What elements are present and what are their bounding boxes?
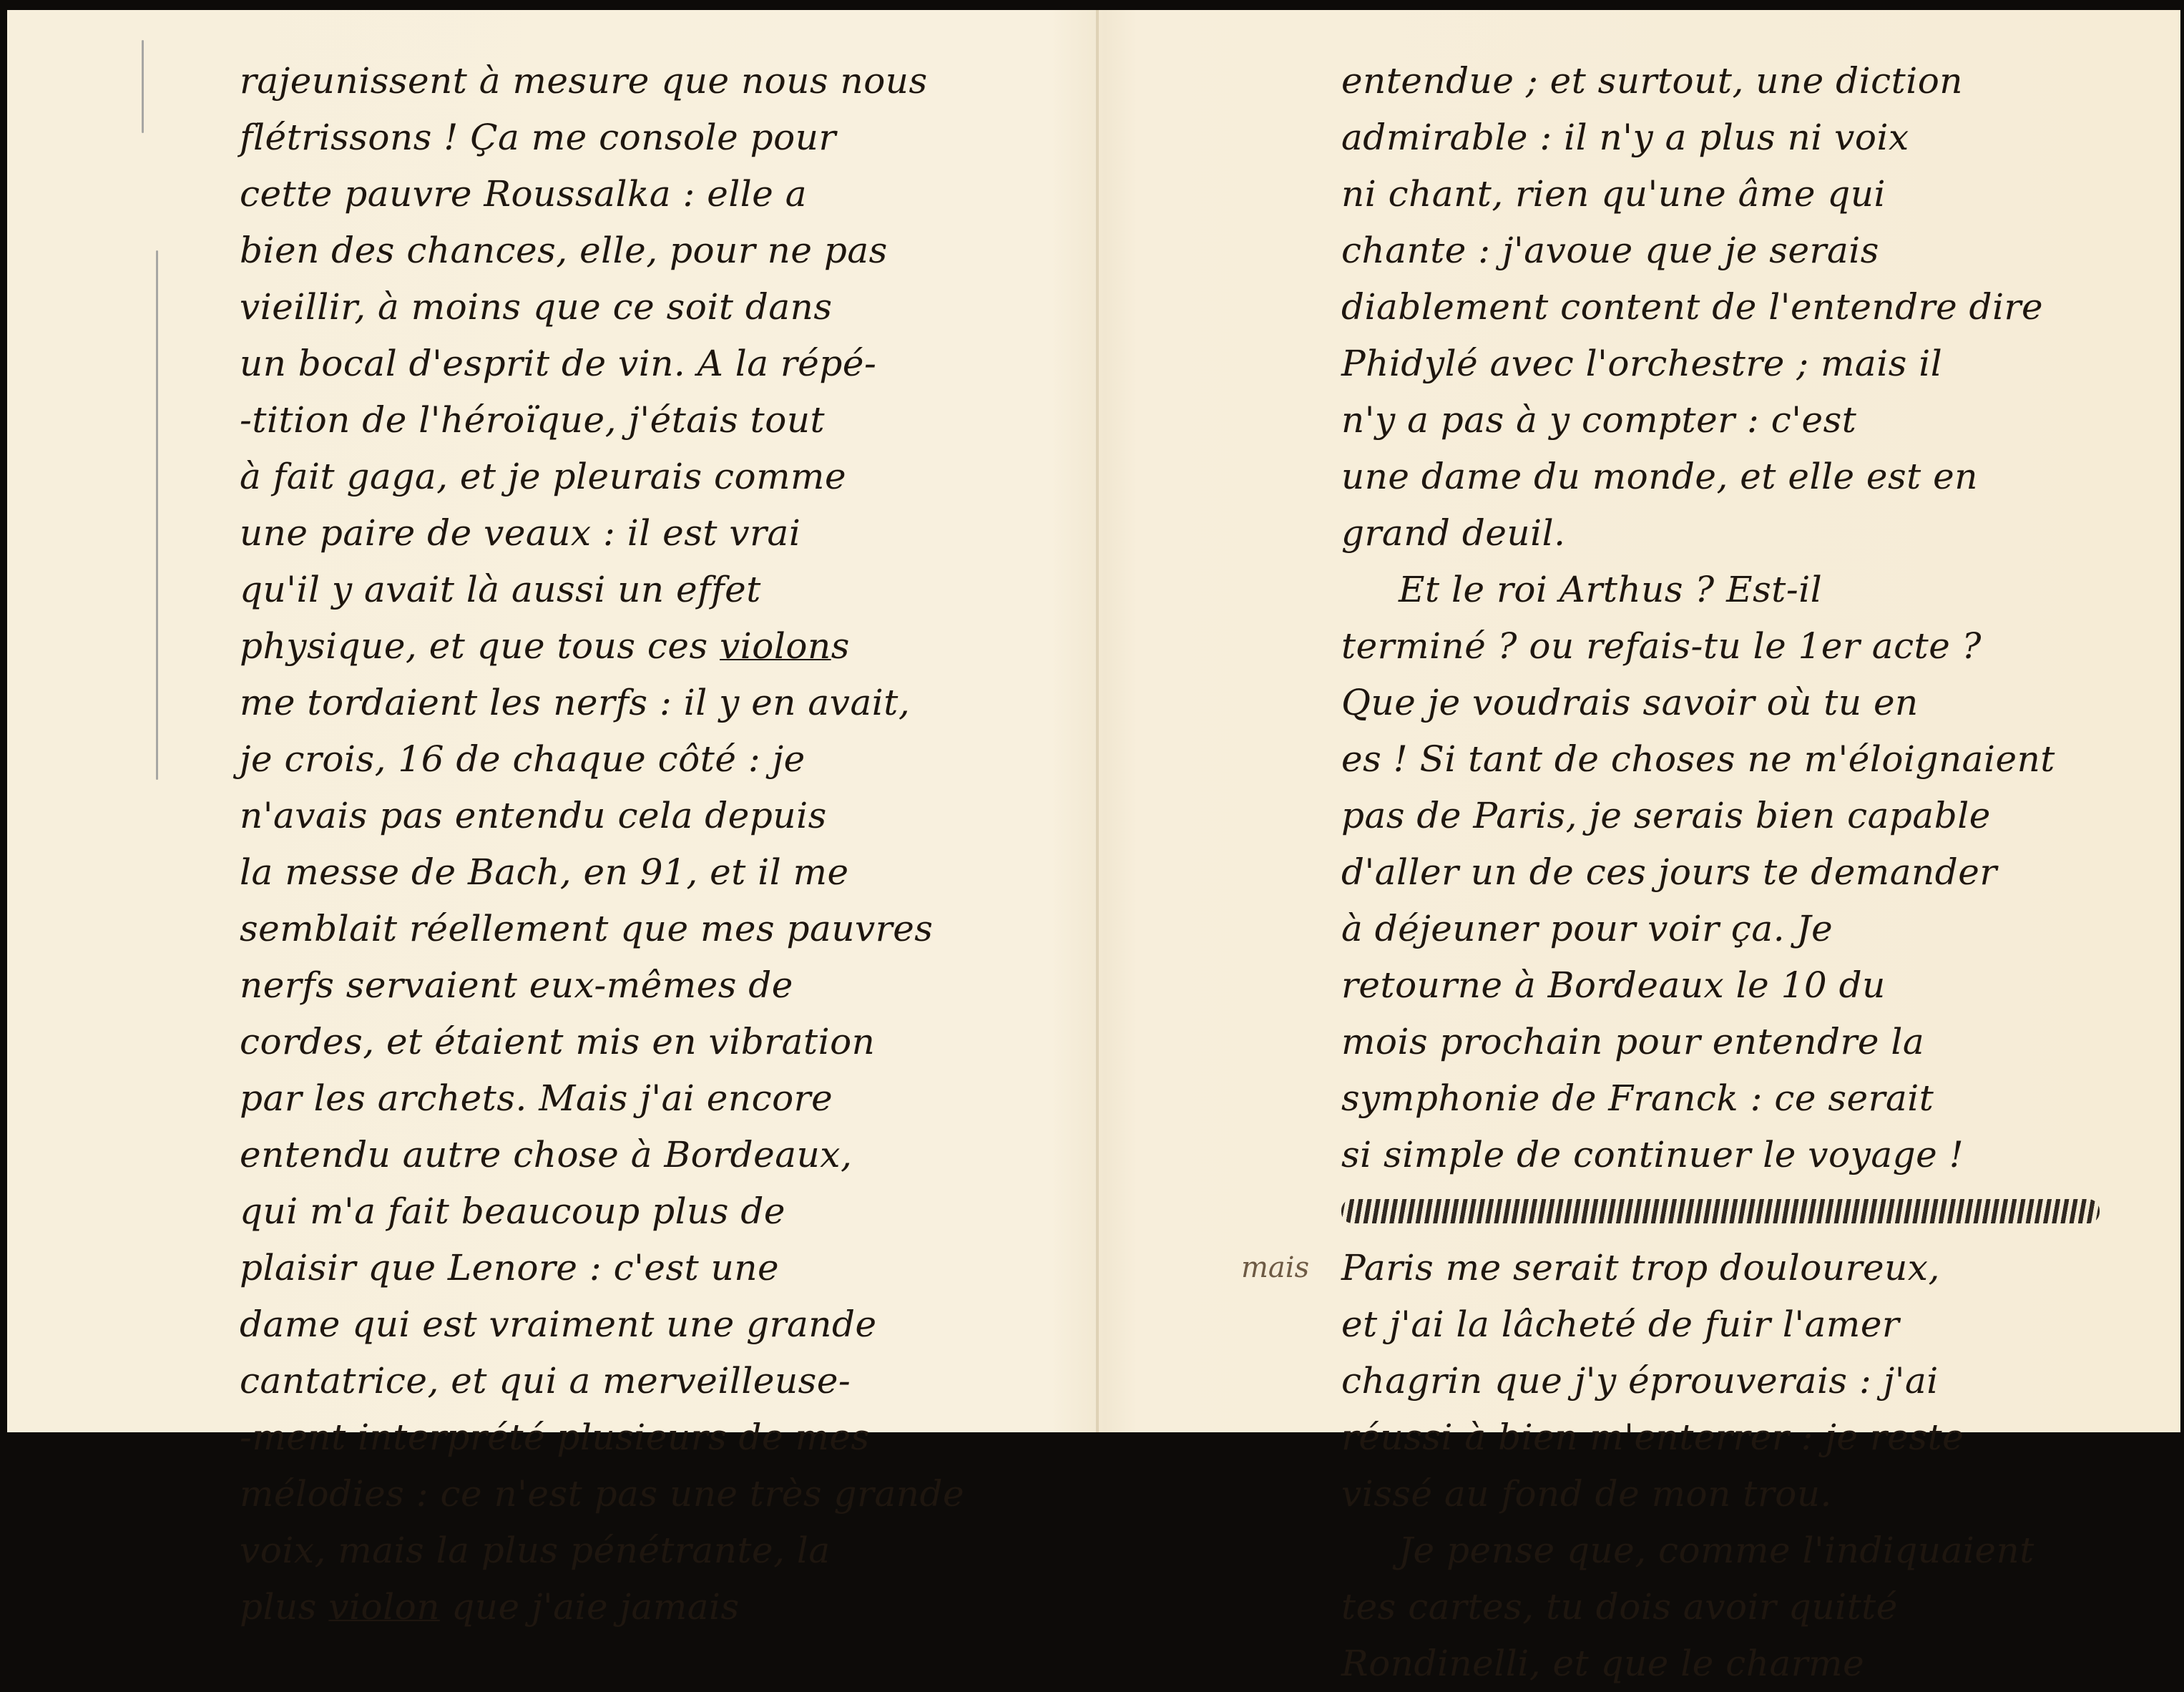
right-page-line: symphonie de Franck : ce serait (1341, 1070, 2157, 1127)
margin-note: mais (1241, 1240, 1309, 1296)
left-page-line: cordes, et étaient mis en vibration (240, 1014, 1084, 1070)
right-page-line: terminé ? ou refais-tu le 1er acte ? (1341, 618, 2157, 675)
left-page-line: un bocal d'esprit de vin. A la répé- (240, 336, 1084, 392)
right-page-line: grand deuil. (1341, 505, 2157, 562)
left-page: rajeunissent à mesure que nous nousflétr… (7, 10, 1095, 1432)
underlined-word: violon (720, 625, 831, 667)
left-page-line: bien des chances, elle, pour ne pas (240, 222, 1084, 279)
left-page-line: à fait gaga, et je pleurais comme (240, 449, 1084, 505)
right-page-line: Paris me serait trop douloureux, (1341, 1240, 2157, 1296)
letter-sheet: rajeunissent à mesure que nous nousflétr… (7, 10, 2180, 1432)
left-page-line: flétrissons ! Ça me console pour (240, 109, 1084, 166)
right-page-line: n'y a pas à y compter : c'est (1341, 392, 2157, 449)
left-page-line: nerfs servaient eux-mêmes de (240, 957, 1084, 1014)
right-page-line: chagrin que j'y éprouverais : j'ai (1341, 1353, 2157, 1409)
left-page-line: rajeunissent à mesure que nous nous (240, 53, 1084, 109)
right-page-line: diablement content de l'entendre dire (1341, 279, 2157, 336)
left-page-line: une paire de veaux : il est vrai (240, 505, 1084, 562)
right-page-line: et j'ai la lâcheté de fuir l'amer (1341, 1296, 2157, 1353)
right-page-line: ni chant, rien qu'une âme qui (1341, 166, 2157, 222)
right-page-line: mois prochain pour entendre la (1341, 1014, 2157, 1070)
left-page-line: semblait réellement que mes pauvres (240, 901, 1084, 957)
left-page-line: physique, et que tous ces violons (240, 618, 1084, 675)
left-page-text: rajeunissent à mesure que nous nousflétr… (240, 53, 1084, 1439)
pencil-margin-mark-top (142, 40, 144, 133)
left-page-line: entendu autre chose à Bordeaux, (240, 1127, 1084, 1183)
left-page-line: je crois, 16 de chaque côté : je (240, 731, 1084, 788)
left-page-line: vieillir, à moins que ce soit dans (240, 279, 1084, 336)
left-page-line: -tition de l'héroïque, j'étais tout (240, 392, 1084, 449)
left-page-line: plaisir que Lenore : c'est une (240, 1240, 1084, 1296)
right-page-line: admirable : il n'y a plus ni voix (1341, 109, 2157, 166)
right-page-line: Phidylé avec l'orchestre ; mais il (1341, 336, 2157, 392)
center-fold (1096, 10, 1099, 1432)
right-page-line: Et le roi Arthus ? Est-il (1341, 562, 2157, 618)
pencil-margin-mark-middle (156, 250, 158, 780)
left-page-line: cette pauvre Roussalka : elle a (240, 166, 1084, 222)
right-page-line: si simple de continuer le voyage ! (1341, 1127, 2157, 1183)
right-page: mais entendue ; et surtout, une dictiona… (1102, 10, 2180, 1432)
right-page-line: es ! Si tant de choses ne m'éloignaient (1341, 731, 2157, 788)
left-page-line: -ment interprété plusieurs de mes (240, 1409, 1084, 1439)
right-page-line: Que je voudrais savoir où tu en (1341, 675, 2157, 731)
right-page-line: à déjeuner pour voir ça. Je (1341, 901, 2157, 957)
left-page-line: cantatrice, et qui a merveilleuse- (240, 1353, 1084, 1409)
left-page-line: me tordaient les nerfs : il y en avait, (240, 675, 1084, 731)
struck-through-line: [struck through] (1341, 1183, 2157, 1240)
left-page-line: la messe de Bach, en 91, et il me (240, 844, 1084, 901)
left-page-line: dame qui est vraiment une grande (240, 1296, 1084, 1353)
right-page-line: d'aller un de ces jours te demander (1341, 844, 2157, 901)
left-page-line: par les archets. Mais j'ai encore (240, 1070, 1084, 1127)
left-page-line: n'avais pas entendu cela depuis (240, 788, 1084, 844)
right-page-line: réussi à bien m'enterrer : je reste (1341, 1409, 2157, 1439)
right-page-line: une dame du monde, et elle est en (1341, 449, 2157, 505)
right-page-line: pas de Paris, je serais bien capable (1341, 788, 2157, 844)
right-page-text: mais entendue ; et surtout, une dictiona… (1341, 53, 2157, 1439)
left-page-line: qu'il y avait là aussi un effet (240, 562, 1084, 618)
right-page-line: chante : j'avoue que je serais (1341, 222, 2157, 279)
left-page-line: qui m'a fait beaucoup plus de (240, 1183, 1084, 1240)
right-page-line: entendue ; et surtout, une diction (1341, 53, 2157, 109)
right-page-line: retourne à Bordeaux le 10 du (1341, 957, 2157, 1014)
